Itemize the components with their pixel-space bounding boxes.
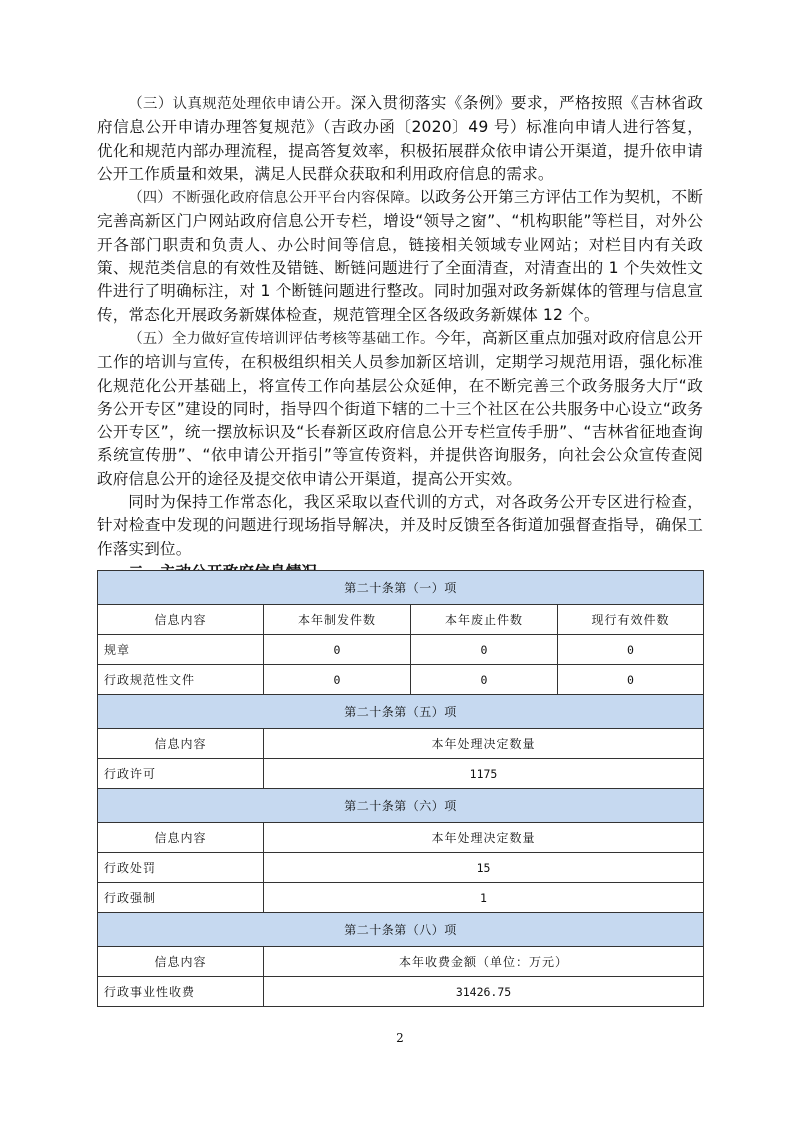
column-header: 本年废止件数 (411, 605, 558, 635)
paragraph-heading: （四）不断强化政府信息公开平台内容保障。 (128, 190, 419, 206)
table-row: 行政事业性收费 31426.75 (98, 977, 704, 1007)
paragraph-normalization: 同时为保持工作常态化，我区采取以查代训的方式，对各政务公开专区进行检查，针对检查… (97, 491, 703, 561)
table-row: 行政许可 1175 (98, 759, 704, 789)
column-header: 信息内容 (98, 947, 264, 977)
cell-value: 31426.75 (264, 977, 704, 1007)
column-header: 本年处理决定数量 (264, 729, 704, 759)
table-group-header: 第二十条第（八）项 (98, 913, 704, 947)
row-label: 行政规范性文件 (98, 665, 264, 695)
paragraph-text: 今年，高新区重点加强对政府信息公开工作的培训与宣传，在积极组织相关人员参加新区培… (97, 329, 703, 488)
group-title: 第二十条第（五）项 (98, 695, 704, 729)
column-header: 现行有效件数 (558, 605, 704, 635)
row-label: 行政事业性收费 (98, 977, 264, 1007)
disclosure-table: 第二十条第（一）项 信息内容 本年制发件数 本年废止件数 现行有效件数 规章 0… (97, 570, 704, 1007)
table-row: 行政强制 1 (98, 883, 704, 913)
table-group-header: 第二十条第（五）项 (98, 695, 704, 729)
column-header: 本年收费金额（单位：万元） (264, 947, 704, 977)
body-text: （三）认真规范处理依申请公开。深入贯彻落实《条例》要求，严格按照《吉林省政府信息… (97, 92, 703, 584)
cell-value: 0 (264, 635, 411, 665)
table-row: 行政处罚 15 (98, 853, 704, 883)
paragraph-heading: （五）全力做好宣传培训评估考核等基础工作。 (128, 331, 434, 347)
cell-value: 1175 (264, 759, 704, 789)
group-title: 第二十条第（一）项 (98, 571, 704, 605)
table-column-header-row: 信息内容 本年收费金额（单位：万元） (98, 947, 704, 977)
paragraph-apply-disclosure: （三）认真规范处理依申请公开。深入贯彻落实《条例》要求，严格按照《吉林省政府信息… (97, 92, 703, 186)
table-group-header: 第二十条第（一）项 (98, 571, 704, 605)
table-column-header-row: 信息内容 本年处理决定数量 (98, 823, 704, 853)
cell-value: 15 (264, 853, 704, 883)
row-label: 行政强制 (98, 883, 264, 913)
paragraph-heading: （三）认真规范处理依申请公开。 (128, 96, 350, 112)
cell-value: 0 (558, 665, 704, 695)
row-label: 规章 (98, 635, 264, 665)
column-header: 信息内容 (98, 605, 264, 635)
table-column-header-row: 信息内容 本年制发件数 本年废止件数 现行有效件数 (98, 605, 704, 635)
group-title: 第二十条第（六）项 (98, 789, 704, 823)
column-header: 信息内容 (98, 729, 264, 759)
page-number: 2 (0, 1031, 800, 1045)
column-header: 本年制发件数 (264, 605, 411, 635)
column-header: 本年处理决定数量 (264, 823, 704, 853)
row-label: 行政处罚 (98, 853, 264, 883)
table-column-header-row: 信息内容 本年处理决定数量 (98, 729, 704, 759)
paragraph-text: 同时为保持工作常态化，我区采取以查代训的方式，对各政务公开专区进行检查，针对检查… (97, 493, 703, 558)
cell-value: 1 (264, 883, 704, 913)
paragraph-platform-content: （四）不断强化政府信息公开平台内容保障。以政务公开第三方评估工作为契机，不断完善… (97, 186, 703, 327)
paragraph-text: 以政务公开第三方评估工作为契机，不断完善高新区门户网站政府信息公开专栏，增设“领… (97, 188, 703, 323)
cell-value: 0 (411, 665, 558, 695)
column-header: 信息内容 (98, 823, 264, 853)
row-label: 行政许可 (98, 759, 264, 789)
group-title: 第二十条第（八）项 (98, 913, 704, 947)
cell-value: 0 (558, 635, 704, 665)
cell-value: 0 (264, 665, 411, 695)
cell-value: 0 (411, 635, 558, 665)
paragraph-publicity-training: （五）全力做好宣传培训评估考核等基础工作。今年，高新区重点加强对政府信息公开工作… (97, 327, 703, 491)
table-row: 规章 0 0 0 (98, 635, 704, 665)
table-row: 行政规范性文件 0 0 0 (98, 665, 704, 695)
document-page: （三）认真规范处理依申请公开。深入贯彻落实《条例》要求，严格按照《吉林省政府信息… (0, 0, 800, 1132)
table-group-header: 第二十条第（六）项 (98, 789, 704, 823)
